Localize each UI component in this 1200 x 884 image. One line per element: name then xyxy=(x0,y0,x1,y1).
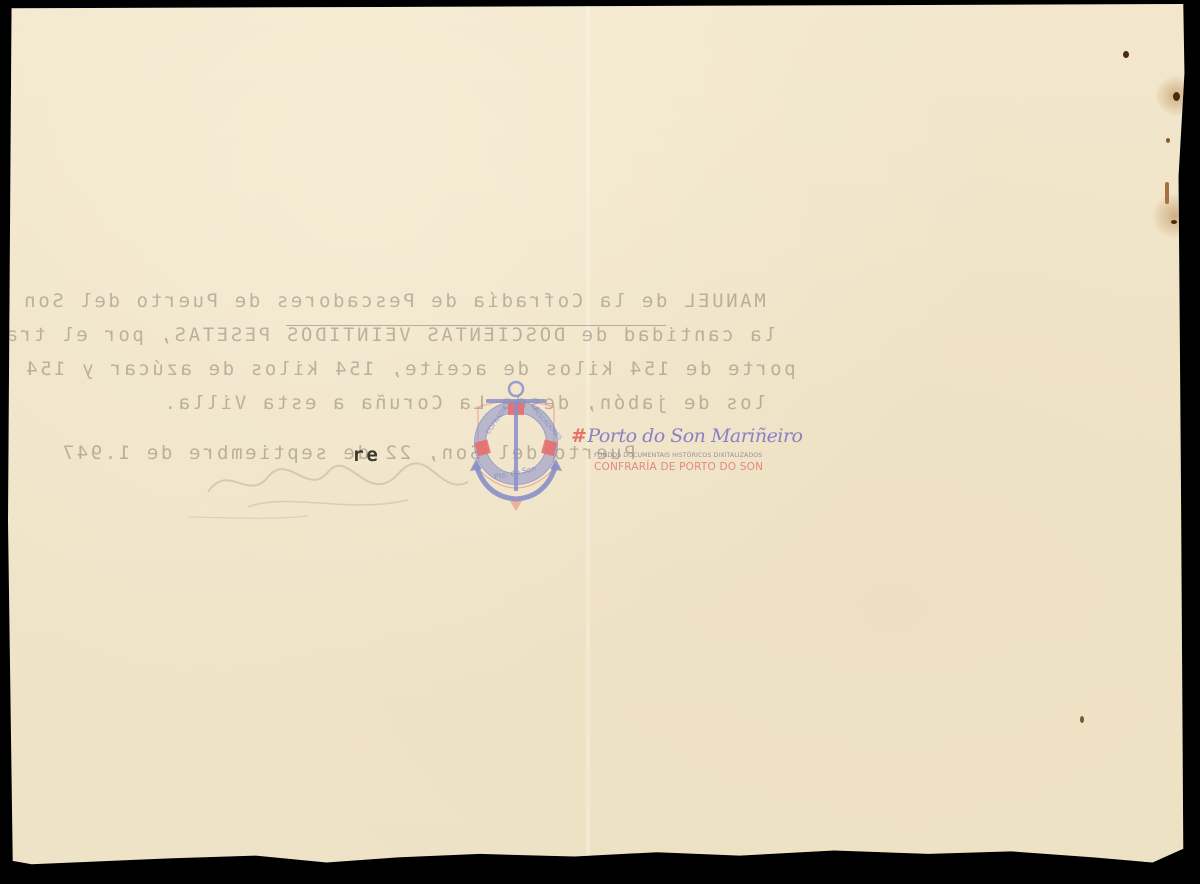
watermark-brand: #Porto do Son Mariñeiro xyxy=(571,425,802,447)
signature-scribble xyxy=(188,452,488,522)
archive-watermark: COFRADIA PESCADORES Pto. do Son #Porto d… xyxy=(466,377,756,517)
hashtag-icon: # xyxy=(571,425,586,447)
amount-underline xyxy=(286,325,666,326)
anchor-lifebuoy-logo-icon: COFRADIA PESCADORES Pto. do Son xyxy=(466,377,566,513)
paper-sheet: MANUEL de la Cofradía de Pescadores de P… xyxy=(8,4,1188,866)
watermark-organization: CONFRARÍA DE PORTO DO SON xyxy=(594,461,763,473)
scanned-document: MANUEL de la Cofradía de Pescadores de P… xyxy=(0,0,1200,884)
watermark-brand-name: Porto do Son Mariñeiro xyxy=(587,425,802,447)
watermark-subtitle: FONDOS DOCUMENTAIS HISTÓRICOS DIXITALIZA… xyxy=(594,452,762,459)
